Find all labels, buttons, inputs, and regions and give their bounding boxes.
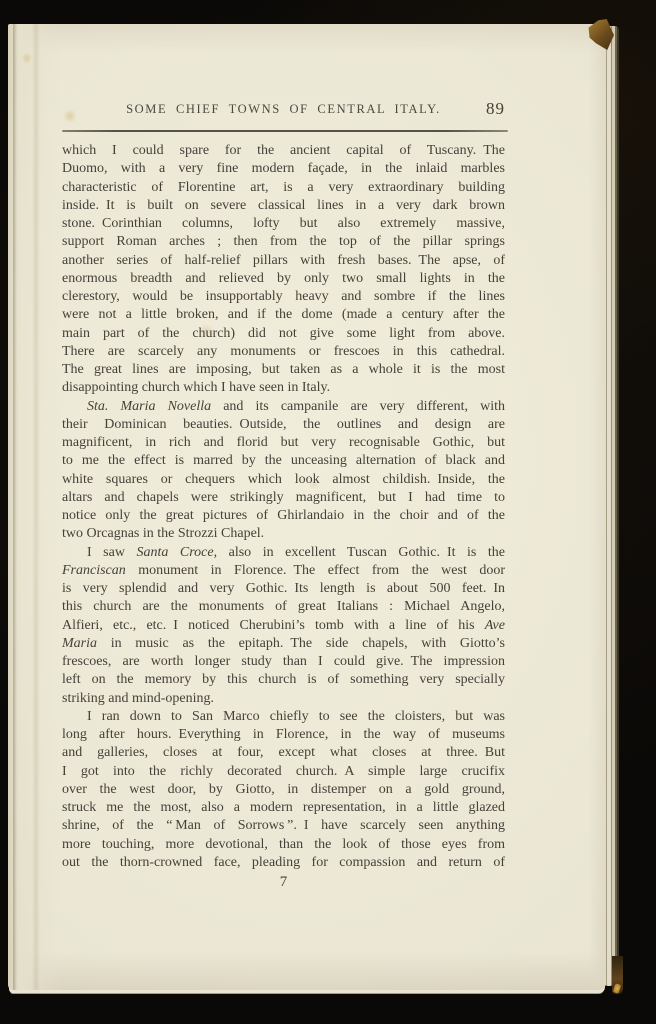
body-line: clerestory, would be insupportably heavy… — [62, 288, 505, 306]
body-line-segment-italic: Maria — [62, 636, 97, 651]
body-line: I got into the richly decorated church. … — [62, 763, 505, 781]
body-line-segment: magnificent, in rich and florid but very… — [62, 435, 505, 450]
body-line: struck me the most, also a modern repres… — [62, 799, 505, 817]
body-line-segment: struck me the most, also a modern repres… — [62, 800, 505, 815]
body-line-segment: notice only the great pictures of Ghirla… — [62, 508, 505, 523]
body-line-segment: The great lines are imposing, but taken … — [62, 362, 505, 377]
body-line-segment: out the thorn-crowned face, pleading for… — [62, 855, 505, 870]
body-line-segment: their Dominican beauties. Outside, the o… — [62, 417, 505, 432]
header-rule — [62, 130, 508, 132]
body-line-segment: stone. Corinthian columns, lofty but als… — [62, 216, 505, 231]
body-line: notice only the great pictures of Ghirla… — [62, 507, 505, 525]
body-line-segment: and galleries, closes at four, except wh… — [62, 745, 505, 760]
body-line-segment: Alfieri, etc., etc. I noticed Cherubini’… — [62, 618, 485, 633]
body-line-segment: white squares or chequers which look alm… — [62, 472, 505, 487]
body-line: left on the memory by this church is of … — [62, 671, 505, 689]
body-line: to me the effect is marred by the unceas… — [62, 452, 505, 470]
running-header: SOME CHIEF TOWNS OF CENTRAL ITALY. 89 — [62, 102, 505, 124]
body-line: out the thorn-crowned face, pleading for… — [62, 854, 505, 872]
body-line-segment: altars and chapels were strikingly magni… — [62, 490, 505, 505]
page-edges — [604, 26, 619, 986]
body-line: frescoes, are worth longer study than I … — [62, 653, 505, 671]
body-line: The great lines are imposing, but taken … — [62, 361, 505, 379]
gutter-crease — [13, 24, 17, 990]
body-line-segment: There are scarcely any monuments or fres… — [62, 344, 505, 359]
foxing-stain — [22, 52, 32, 64]
body-line: stone. Corinthian columns, lofty but als… — [62, 215, 505, 233]
body-line: inside. It is built on severe classical … — [62, 197, 505, 215]
body-line-segment: in music as the epitaph. The side chapel… — [97, 636, 505, 651]
chapter-header-title: SOME CHIEF TOWNS OF CENTRAL ITALY. — [62, 102, 505, 117]
body-line-segment-italic: Santa Croce — [136, 545, 213, 560]
body-line-segment: I ran down to San Marco chiefly to see t… — [87, 709, 505, 724]
body-line-segment: Duomo, with a very fine modern façade, i… — [62, 161, 505, 176]
body-line: disappointing church which I have seen i… — [62, 379, 505, 397]
photo-background: SOME CHIEF TOWNS OF CENTRAL ITALY. 89 wh… — [0, 0, 656, 1024]
body-line-segment: , also in excellent Tuscan Gothic. It is… — [214, 545, 505, 560]
body-line: enormous breadth and relieved by only tw… — [62, 270, 505, 288]
body-line: and galleries, closes at four, except wh… — [62, 744, 505, 762]
body-line-segment-italic: Ave — [485, 618, 505, 633]
body-line-segment: enormous breadth and relieved by only tw… — [62, 271, 505, 286]
body-line-segment: long after hours. Everything in Florence… — [62, 727, 505, 742]
gutter-crease-soft — [32, 24, 40, 990]
body-line: Franciscan monument in Florence. The eff… — [62, 562, 505, 580]
body-line-segment: disappointing church which I have seen i… — [62, 380, 330, 395]
body-line: long after hours. Everything in Florence… — [62, 726, 505, 744]
body-line: characteristic of Florentine art, is a v… — [62, 179, 505, 197]
body-line-segment: left on the memory by this church is of … — [62, 672, 505, 687]
body-line: I saw Santa Croce, also in excellent Tus… — [62, 544, 505, 562]
body-line-segment: which I could spare for the ancient capi… — [62, 143, 505, 158]
body-line-segment: monument in Florence. The effect from th… — [126, 563, 505, 578]
body-line: magnificent, in rich and florid but very… — [62, 434, 505, 452]
body-text: which I could spare for the ancient capi… — [62, 142, 505, 872]
signature-mark: 7 — [62, 874, 505, 891]
body-line-segment: clerestory, would be insupportably heavy… — [62, 289, 505, 304]
body-line: Sta. Maria Novella and its campanile are… — [62, 398, 505, 416]
body-line-segment: to me the effect is marred by the unceas… — [62, 453, 505, 468]
body-line: over the west door, by Giotto, in distem… — [62, 781, 505, 799]
page-number: 89 — [486, 99, 505, 119]
body-line-segment: shrine, of the “ Man of Sorrows ”. I hav… — [62, 818, 505, 833]
body-line-segment-italic: Sta. Maria Novella — [87, 399, 211, 414]
body-line: another series of half-relief pillars wi… — [62, 252, 505, 270]
body-line-segment: support Roman arches ; then from the top… — [62, 234, 505, 249]
book-page: SOME CHIEF TOWNS OF CENTRAL ITALY. 89 wh… — [8, 24, 606, 990]
body-line-segment: striking and mind-opening. — [62, 691, 214, 706]
body-line: striking and mind-opening. — [62, 690, 505, 708]
body-line-segment: more touching, more devotional, than the… — [62, 837, 505, 852]
body-line-segment: were not a little broken, and if the dom… — [62, 307, 505, 322]
body-line: Alfieri, etc., etc. I noticed Cherubini’… — [62, 617, 505, 635]
body-line-segment: characteristic of Florentine art, is a v… — [62, 180, 505, 195]
body-line: which I could spare for the ancient capi… — [62, 142, 505, 160]
body-line: shrine, of the “ Man of Sorrows ”. I hav… — [62, 817, 505, 835]
body-line-segment: I saw — [87, 545, 136, 560]
body-line-segment-italic: Franciscan — [62, 563, 126, 578]
body-line-segment: is very splendid and very Gothic. Its le… — [62, 581, 505, 596]
body-line-segment: over the west door, by Giotto, in distem… — [62, 782, 505, 797]
body-line: this church are the monuments of great I… — [62, 598, 505, 616]
body-line: is very splendid and very Gothic. Its le… — [62, 580, 505, 598]
body-line-segment: main part of the church) did not give so… — [62, 326, 505, 341]
body-line: altars and chapels were strikingly magni… — [62, 489, 505, 507]
body-line: support Roman arches ; then from the top… — [62, 233, 505, 251]
body-line: were not a little broken, and if the dom… — [62, 306, 505, 324]
body-line: their Dominican beauties. Outside, the o… — [62, 416, 505, 434]
body-line-segment: frescoes, are worth longer study than I … — [62, 654, 505, 669]
body-line: Duomo, with a very fine modern façade, i… — [62, 160, 505, 178]
body-line: two Orcagnas in the Strozzi Chapel. — [62, 525, 505, 543]
body-line: There are scarcely any monuments or fres… — [62, 343, 505, 361]
body-line: white squares or chequers which look alm… — [62, 471, 505, 489]
body-line: main part of the church) did not give so… — [62, 325, 505, 343]
body-line: more touching, more devotional, than the… — [62, 836, 505, 854]
body-line-segment: and its campanile are very different, wi… — [211, 399, 505, 414]
body-line-segment: I got into the richly decorated church. … — [62, 764, 505, 779]
body-line-segment: inside. It is built on severe classical … — [62, 198, 505, 213]
body-line: Maria in music as the epitaph. The side … — [62, 635, 505, 653]
body-line-segment: this church are the monuments of great I… — [62, 599, 505, 614]
body-line-segment: two Orcagnas in the Strozzi Chapel. — [62, 526, 264, 541]
body-line: I ran down to San Marco chiefly to see t… — [62, 708, 505, 726]
body-line-segment: another series of half-relief pillars wi… — [62, 253, 505, 268]
